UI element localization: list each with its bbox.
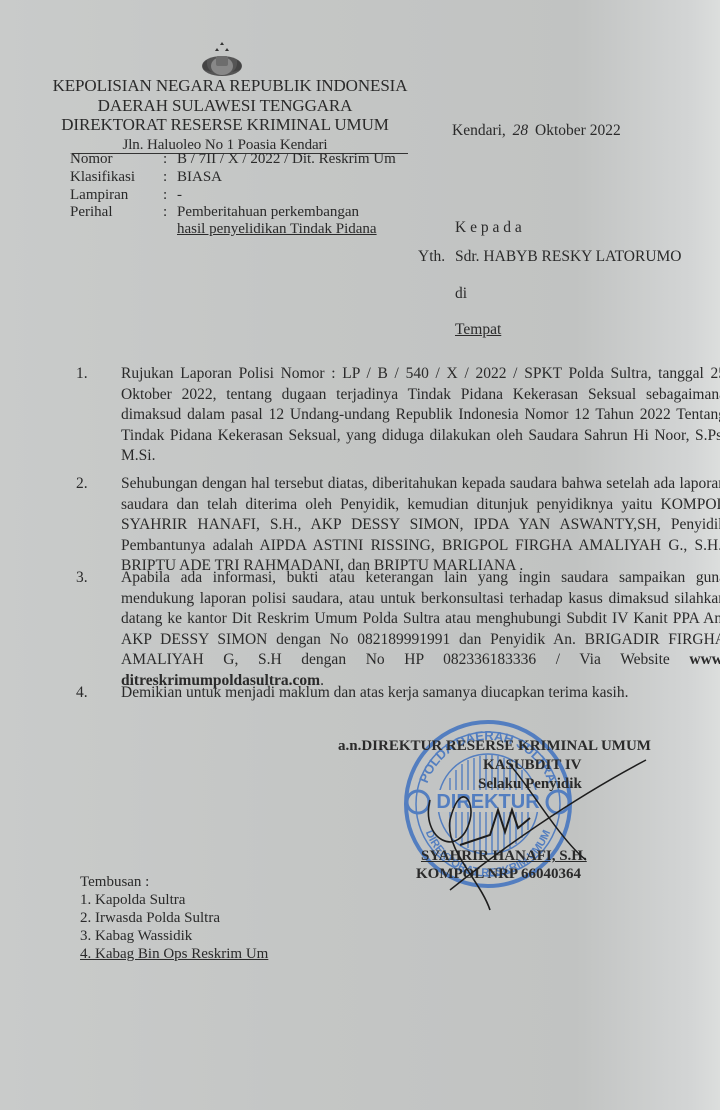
letterhead-region: DAERAH SULAWESI TENGGARA	[20, 96, 430, 116]
paragraph-3-text: Apabila ada informasi, bukti atau ketera…	[121, 569, 720, 668]
tembusan-item: 4. Kabag Bin Ops Reskrim Um	[80, 945, 268, 963]
tembusan-item: 2. Irwasda Polda Sultra	[80, 909, 220, 927]
recipient-name: Sdr. HABYB RESKY LATORUMO	[455, 248, 682, 266]
paragraph-3: 3. Apabila ada informasi, bukti atau ket…	[76, 568, 720, 691]
lampiran-value: -	[177, 187, 182, 203]
place: Kendari,	[452, 122, 506, 139]
meta-klasifikasi: Klasifikasi:BIASA	[70, 169, 222, 186]
tembusan-title: Tembusan :	[80, 873, 149, 891]
date-month-year: Oktober 2022	[535, 122, 621, 139]
letterhead-directorate: DIREKTORAT RESERSE KRIMINAL UMUM	[20, 115, 430, 135]
paragraph-4: 4. Demikian untuk menjadi maklum dan ata…	[76, 683, 720, 704]
nomor-value: B / 7II / X / 2022 / Dit. Reskrim Um	[177, 151, 396, 167]
recipient-di: di	[455, 285, 467, 303]
perihal-value: Pemberitahuan perkembangan	[177, 204, 359, 220]
letterhead-institution: KEPOLISIAN NEGARA REPUBLIK INDONESIA	[25, 76, 435, 96]
date-day: 28	[513, 122, 529, 139]
place-date: Kendari, 28 Oktober 2022	[452, 122, 621, 140]
tembusan-item: 1. Kapolda Sultra	[80, 891, 185, 909]
meta-nomor: Nomor:B / 7II / X / 2022 / Dit. Reskrim …	[70, 151, 396, 168]
klasifikasi-value: BIASA	[177, 169, 222, 185]
paragraph-2: 2. Sehubungan dengan hal tersebut diatas…	[76, 474, 720, 577]
paragraph-1: 1. Rujukan Laporan Polisi Nomor : LP / B…	[76, 364, 720, 467]
handwritten-signature-icon	[420, 740, 660, 920]
recipient-tempat: Tempat	[455, 321, 501, 339]
recipient-kepada: K e p a d a	[455, 219, 522, 237]
meta-lampiran: Lampiran:-	[70, 187, 182, 204]
tembusan-item: 3. Kabag Wassidik	[80, 927, 192, 945]
recipient-yth: Yth.	[418, 248, 445, 266]
perihal-value-line2: hasil penyelidikan Tindak Pidana	[177, 221, 377, 238]
meta-perihal: Perihal:Pemberitahuan perkembangan	[70, 204, 359, 221]
